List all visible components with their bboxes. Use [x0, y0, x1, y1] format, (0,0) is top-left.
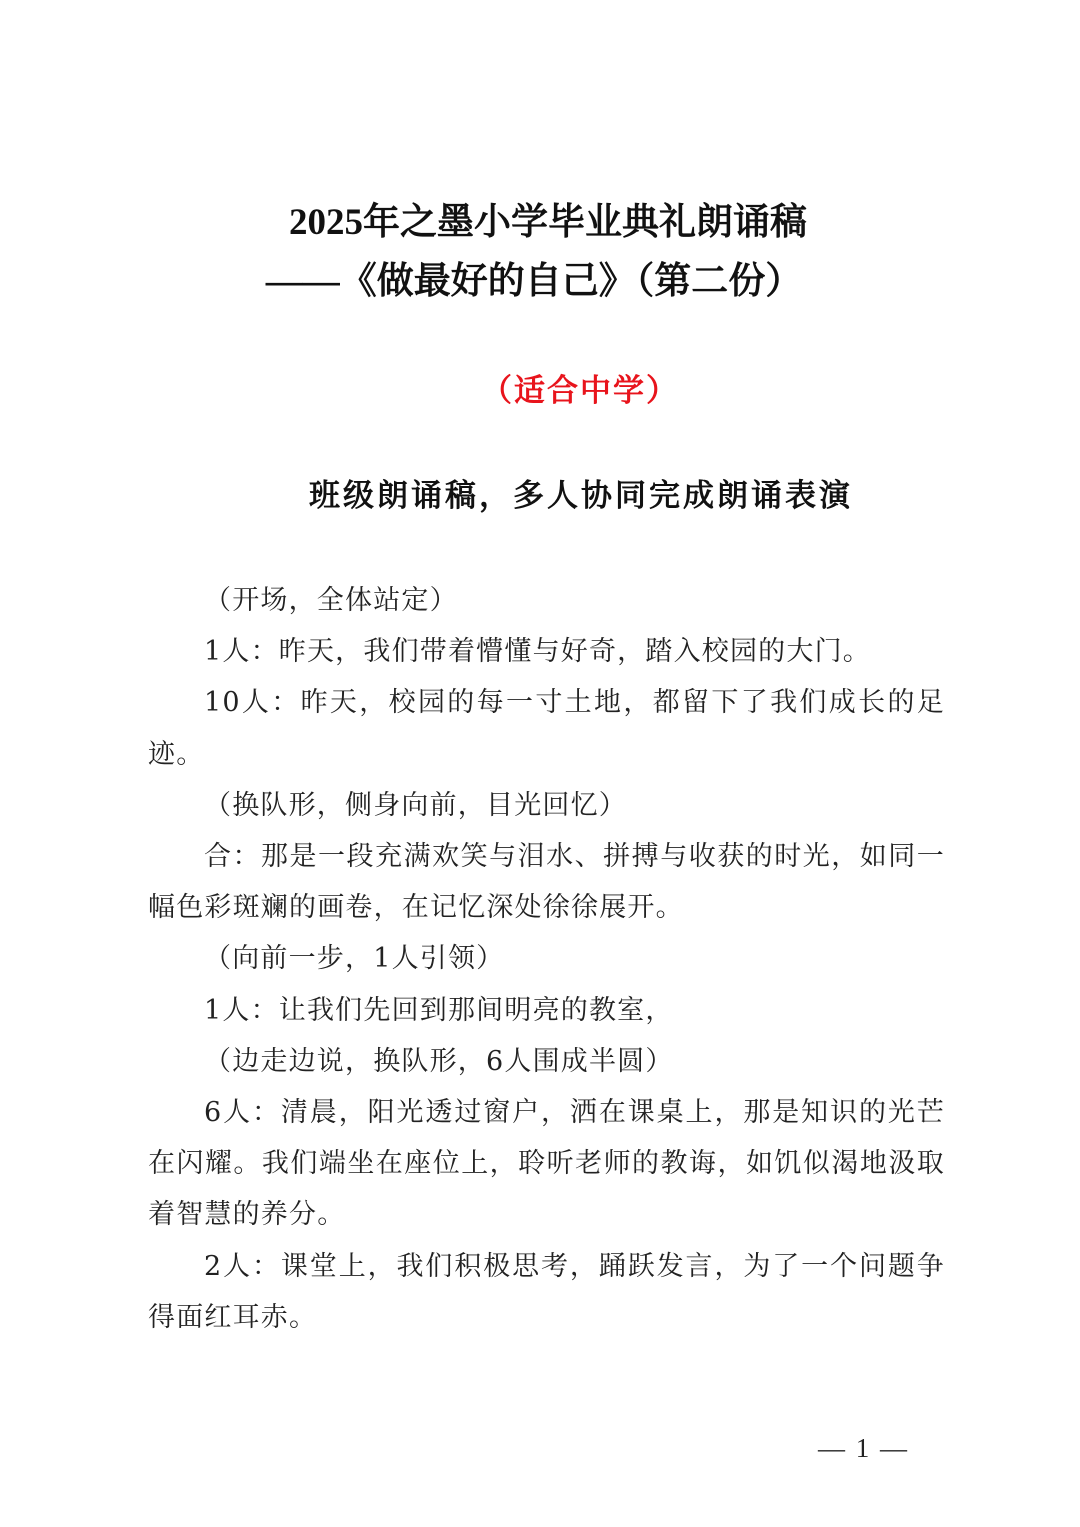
paragraph: 6人：清晨，阳光透过窗户，洒在课桌上，那是知识的光芒在闪耀。我们端坐在座位上，聆… — [148, 1087, 945, 1241]
paragraph: （开场，全体站定） — [148, 575, 945, 626]
page-number: — 1 — — [818, 1433, 909, 1464]
paragraph: 2人：课堂上，我们积极思考，踊跃发言，为了一个问题争得面红耳赤。 — [148, 1241, 945, 1343]
paragraph: （向前一步，1人引领） — [148, 933, 945, 984]
paragraph: 合：那是一段充满欢笑与泪水、拼搏与收获的时光，如同一幅色彩斑斓的画卷，在记忆深处… — [148, 831, 945, 933]
paragraph: 10人：昨天，校园的每一寸土地，都留下了我们成长的足迹。 — [148, 677, 945, 779]
audience-note: （适合中学） — [0, 365, 1080, 410]
paragraph: （换队形，侧身向前，目光回忆） — [148, 780, 945, 831]
document-page: 2025年之墨小学毕业典礼朗诵稿 ——《做最好的自己》（第二份） （适合中学） … — [0, 0, 1080, 1527]
paragraph: 1人：让我们先回到那间明亮的教室， — [148, 985, 945, 1036]
paragraph: 1人：昨天，我们带着懵懂与好奇，踏入校园的大门。 — [148, 626, 945, 677]
document-body: （开场，全体站定） 1人：昨天，我们带着懵懂与好奇，踏入校园的大门。 10人：昨… — [148, 575, 945, 1343]
document-subtitle-title: ——《做最好的自己》（第二份） — [0, 256, 1074, 308]
paragraph: （边走边说，换队形，6人围成半圆） — [148, 1036, 945, 1087]
section-heading: 班级朗诵稿，多人协同完成朗诵表演 — [0, 470, 1080, 515]
document-title: 2025年之墨小学毕业典礼朗诵稿 — [8, 197, 1080, 249]
